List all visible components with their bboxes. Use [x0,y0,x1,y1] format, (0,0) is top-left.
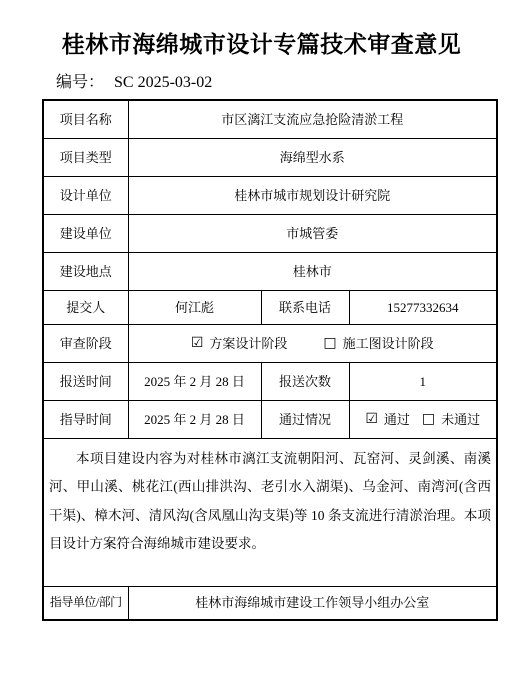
row-project-type: 项目类型 海绵型水系 [43,138,497,176]
doc-number: 编号：SC 2025-03-02 [56,73,523,93]
option-pass-label: 通过 [384,411,410,428]
project-name-value: 市区漓江支流应急抢险清淤工程 [128,100,497,138]
row-review-stage: 审查阶段 ☑ 方案设计阶段 □ 施工图设计阶段 [43,324,497,362]
option-pass: ☑ 通过 [365,411,410,428]
checkbox-pass-checked-icon[interactable]: ☑ [365,412,378,426]
submit-time-label: 报送时间 [43,362,128,400]
submit-time-value: 2025 年 2 月 28 日 [128,362,261,400]
option-not-pass: □ 未通过 [422,411,480,428]
build-site-label: 建设地点 [43,252,128,290]
submit-count-label: 报送次数 [261,362,349,400]
row-build-site: 建设地点 桂林市 [43,252,497,290]
option-scheme-design: ☑ 方案设计阶段 [191,335,288,352]
guide-unit-value: 桂林市海绵城市建设工作领导小组办公室 [128,586,497,620]
review-content-cell: 本项目建设内容为对桂林市漓江支流朝阳河、瓦窑河、灵剑溪、南溪河、甲山溪、桃花江(… [43,438,497,586]
build-unit-value: 市城管委 [128,214,497,252]
row-submit-time: 报送时间 2025 年 2 月 28 日 报送次数 1 [43,362,497,400]
row-project-name: 项目名称 市区漓江支流应急抢险清淤工程 [43,100,497,138]
option-not-pass-label: 未通过 [441,411,480,428]
contact-label: 联系电话 [261,290,349,324]
doc-number-label: 编号： [56,74,104,91]
guide-time-label: 指导时间 [43,400,128,438]
project-type-label: 项目类型 [43,138,128,176]
build-unit-label: 建设单位 [43,214,128,252]
row-guide-unit: 指导单位/部门 桂林市海绵城市建设工作领导小组办公室 [43,586,497,620]
guide-unit-label: 指导单位/部门 [43,586,128,620]
submitter-value: 何江彪 [128,290,261,324]
doc-number-value: SC 2025-03-02 [114,74,212,91]
review-stage-label: 审查阶段 [43,324,128,362]
review-stage-options: ☑ 方案设计阶段 □ 施工图设计阶段 [128,324,497,362]
build-site-value: 桂林市 [128,252,497,290]
row-guide-time: 指导时间 2025 年 2 月 28 日 通过情况 ☑ 通过 □ 未通过 [43,400,497,438]
checkbox-not-pass-unchecked-icon[interactable]: □ [422,412,435,426]
submit-count-value: 1 [349,362,497,400]
pass-status-label: 通过情况 [261,400,349,438]
checkbox-construction-drawing-unchecked-icon[interactable]: □ [323,336,336,350]
checkbox-scheme-design-checked-icon[interactable]: ☑ [191,336,204,350]
row-build-unit: 建设单位 市城管委 [43,214,497,252]
review-content-text: 本项目建设内容为对桂林市漓江支流朝阳河、瓦窑河、灵剑溪、南溪河、甲山溪、桃花江(… [49,445,491,559]
project-name-label: 项目名称 [43,100,128,138]
row-review-content: 本项目建设内容为对桂林市漓江支流朝阳河、瓦窑河、灵剑溪、南溪河、甲山溪、桃花江(… [43,438,497,586]
submitter-label: 提交人 [43,290,128,324]
option-construction-drawing: □ 施工图设计阶段 [323,335,433,352]
review-form-table: 项目名称 市区漓江支流应急抢险清淤工程 项目类型 海绵型水系 设计单位 桂林市城… [42,99,498,621]
option-scheme-design-label: 方案设计阶段 [209,335,287,352]
pass-status-options: ☑ 通过 □ 未通过 [349,400,497,438]
design-unit-value: 桂林市城市规划设计研究院 [128,176,497,214]
project-type-value: 海绵型水系 [128,138,497,176]
guide-time-value: 2025 年 2 月 28 日 [128,400,261,438]
row-design-unit: 设计单位 桂林市城市规划设计研究院 [43,176,497,214]
contact-value: 15277332634 [349,290,497,324]
page-title: 桂林市海绵城市设计专篇技术审查意见 [0,30,523,60]
option-construction-drawing-label: 施工图设计阶段 [343,335,434,352]
row-submitter: 提交人 何江彪 联系电话 15277332634 [43,290,497,324]
design-unit-label: 设计单位 [43,176,128,214]
